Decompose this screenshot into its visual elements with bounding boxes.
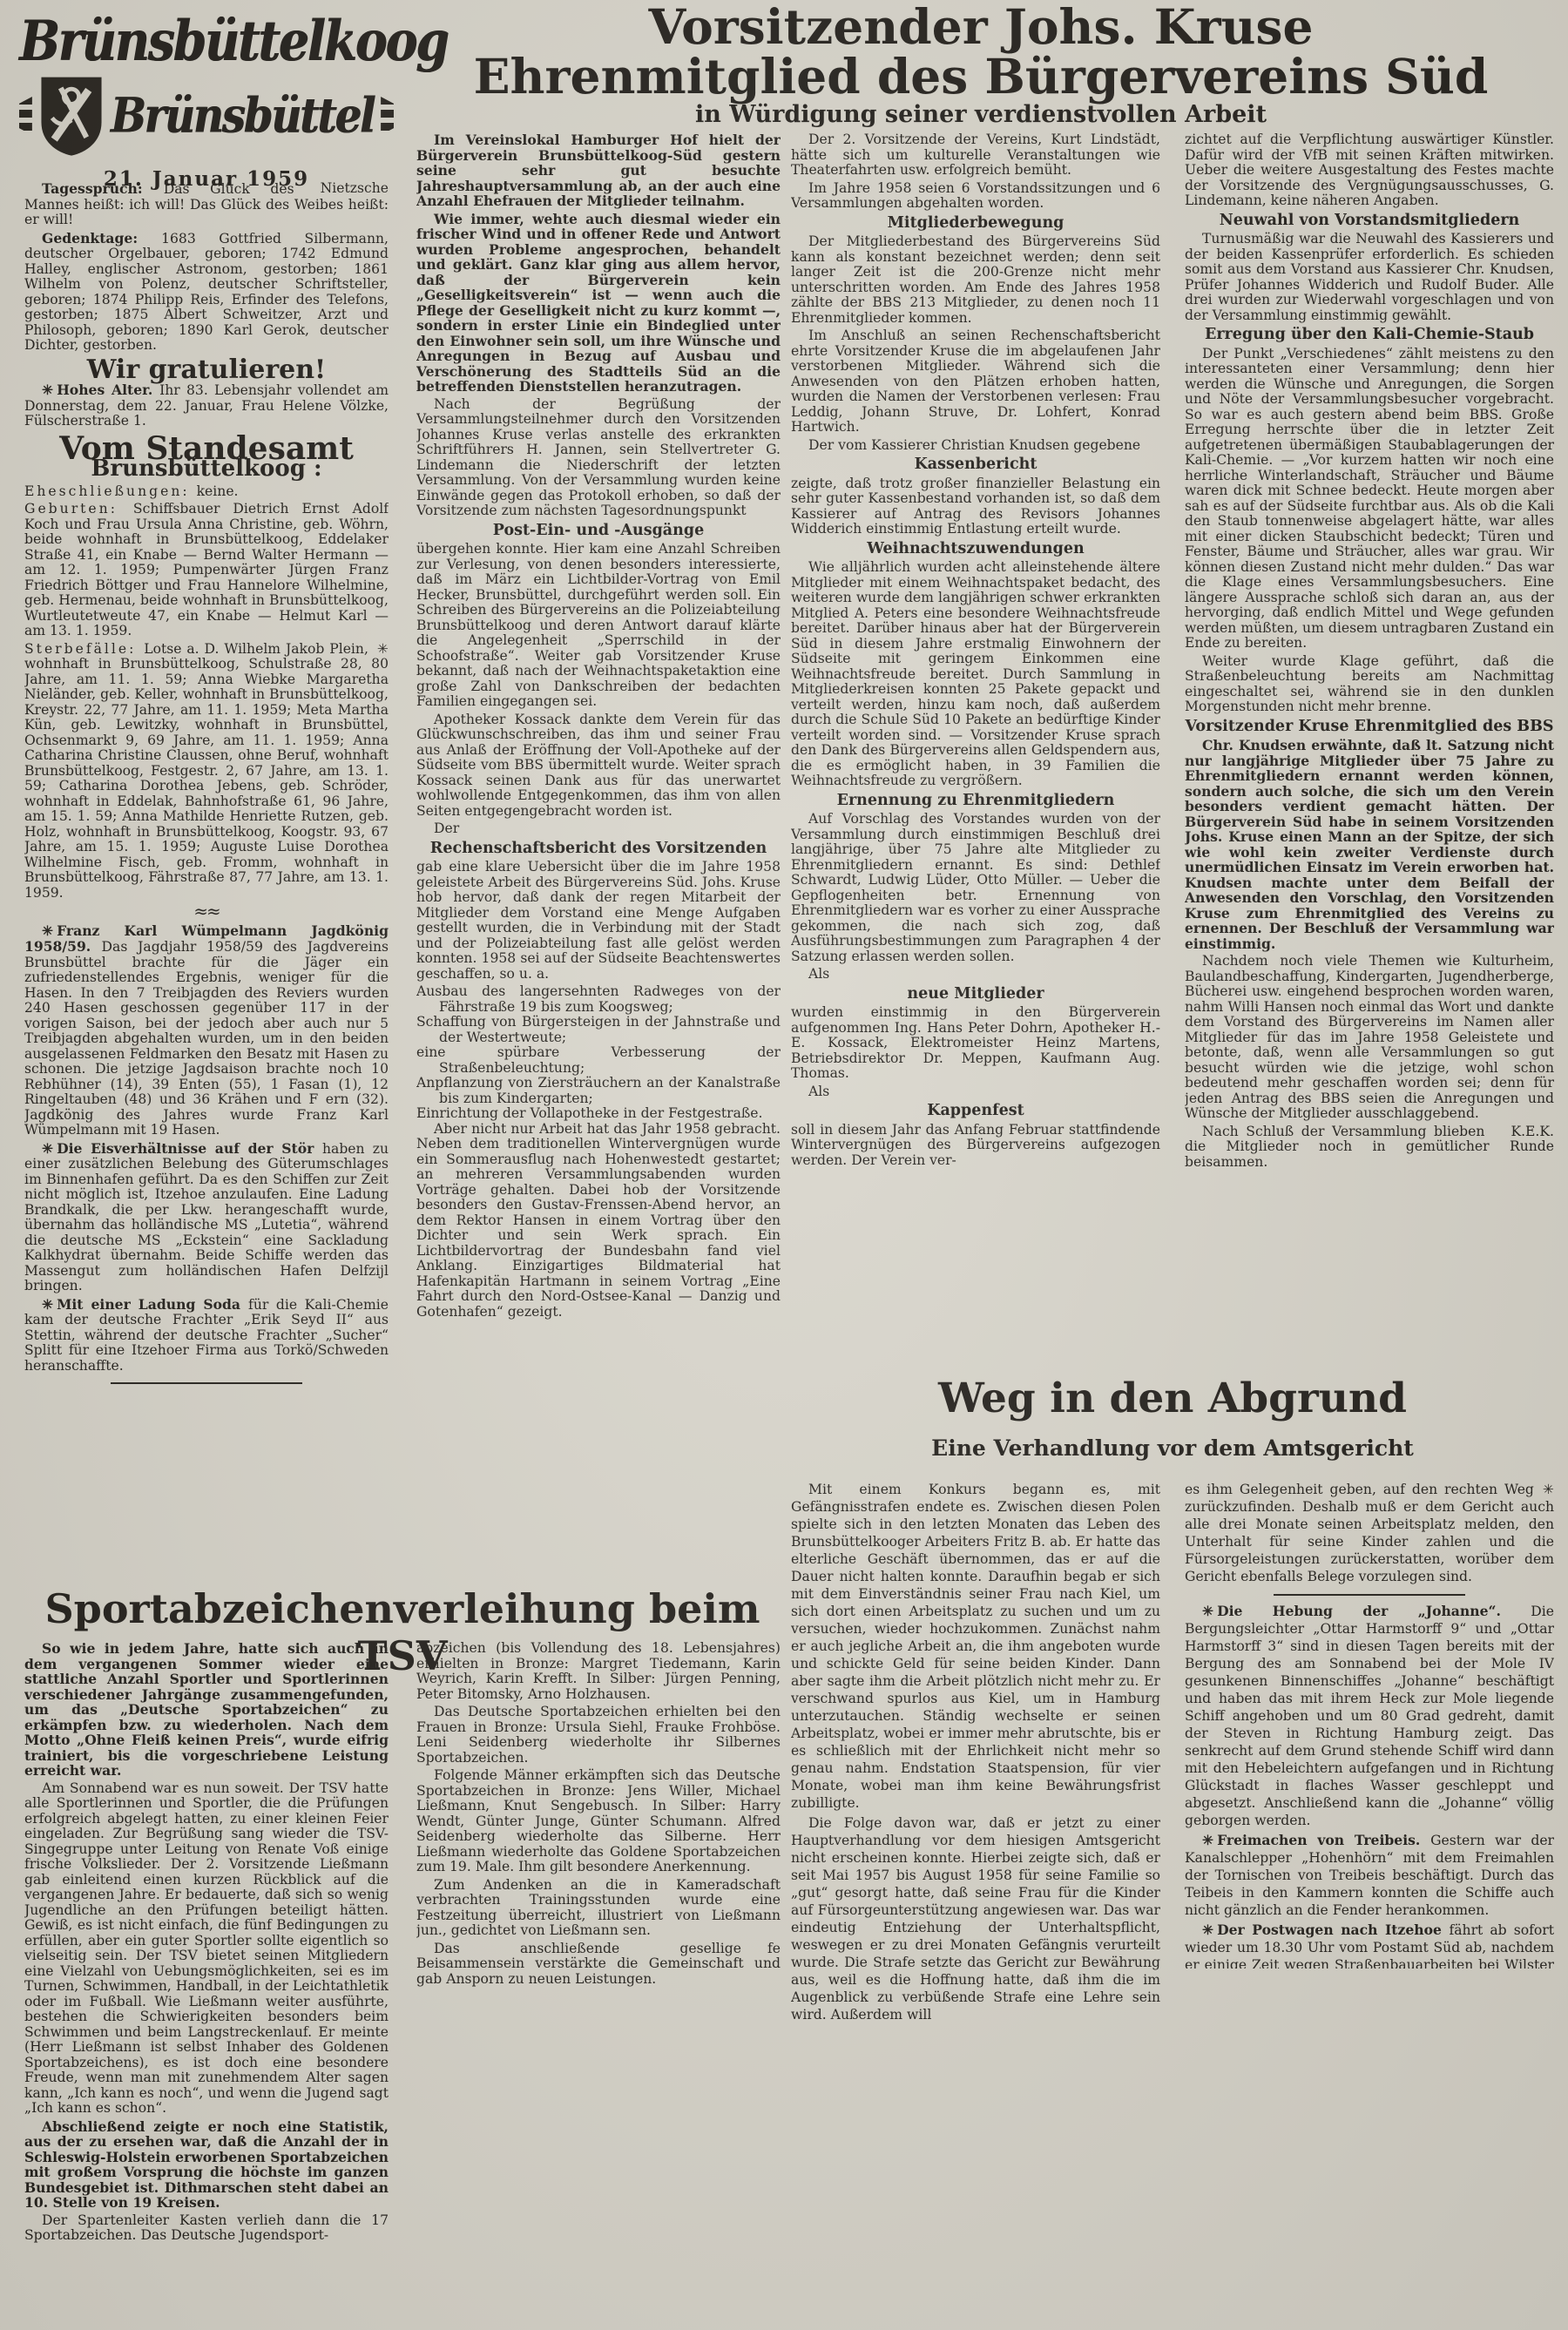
- masthead-row: Brünsbüttel: [19, 75, 394, 157]
- article-paragraph: übergehen konnte. Hier kam eine Anzahl S…: [416, 542, 781, 710]
- article-paragraph: Der Punkt „Verschiedenes“ zählt meistens…: [1185, 347, 1554, 652]
- column-subheading: Rechenschaftsbericht des Vorsitzenden: [416, 841, 781, 857]
- article-paragraph: ✳Die Eisverhältnisse auf der Stör haben …: [24, 1141, 389, 1294]
- main-headline: Vorsitzender Johs. Kruse Ehrenmitglied d…: [408, 2, 1554, 101]
- article-paragraph: Apotheker Kossack dankte dem Verein für …: [416, 713, 781, 820]
- article-paragraph: soll in diesem Jahr das Anfang Februar s…: [791, 1123, 1160, 1169]
- article-paragraph: Eheschließungen: keine.: [24, 484, 389, 500]
- paragraph-lead: Der Postwagen nach Itzehoe: [1217, 1921, 1449, 1938]
- article-paragraph: NietzscheTagesspruch: Das Glück des Mann…: [24, 181, 389, 228]
- coat-of-arms-icon: [39, 75, 104, 157]
- article-paragraph: Der 2. Vorsitzende der Vereins, Kurt Lin…: [791, 132, 1160, 179]
- article-paragraph: ✳Hohes Alter. Ihr 83. Lebensjahr vollend…: [24, 382, 389, 429]
- column-subheading: Ernennung zu Ehrenmitgliedern: [791, 794, 1160, 809]
- star-icon: ✳: [1202, 1921, 1213, 1938]
- paragraph-lead: Eheschließungen:: [24, 483, 197, 499]
- newspaper-page: Brünsbüttelkoog Brünsbüttel 21. Januar 1…: [0, 0, 1568, 2330]
- paragraph-tail: ✳: [1534, 1481, 1554, 1498]
- section-heading: Vom Standesamt: [24, 442, 389, 457]
- column-subheading: Neuwahl von Vorstandsmitgliedern: [1185, 213, 1554, 229]
- paragraph-lead: Freimachen von Treibeis.: [1217, 1832, 1430, 1848]
- article-paragraph: Schaffung von Bürgersteigen in der Jahns…: [416, 1015, 781, 1045]
- paragraph-lead: Sterbefälle:: [24, 641, 144, 657]
- article-paragraph: Auf Vorschlag des Vorstandes wurden von …: [791, 812, 1160, 964]
- article-paragraph: Als: [791, 1084, 1160, 1100]
- squiggle-divider: ≈≈: [24, 904, 389, 920]
- flourish-right-icon: [381, 97, 394, 135]
- paragraph-tail: Nietzsche: [294, 181, 389, 197]
- article-paragraph: zeigte, daß trotz großer finanzieller Be…: [791, 476, 1160, 537]
- column-2-main-article: Im Vereinslokal Hamburger Hof hielt der …: [416, 132, 781, 1578]
- column-3-main-article: Der 2. Vorsitzende der Vereins, Kurt Lin…: [791, 132, 1160, 1374]
- main-subheadline: in Würdigung seiner verdienstvollen Arbe…: [408, 101, 1554, 128]
- masthead-title-line2: Brünsbüttel: [111, 88, 374, 144]
- column-subheading: Post-Ein- und -Ausgänge: [416, 523, 781, 539]
- tsv-article-column-1: So wie in jedem Jahre, hatte sich auch i…: [24, 1641, 389, 2330]
- article-paragraph: Zum Andenken an die in Kameradschaft ver…: [416, 1878, 781, 1939]
- article-paragraph: Am Sonnabend war es nun soweit. Der TSV …: [24, 1781, 389, 2117]
- star-icon: ✳: [1202, 1603, 1213, 1619]
- article-paragraph: ✳Der Postwagen nach Itzehoe fährt ab sof…: [1185, 1921, 1554, 1969]
- paragraph-lead: Geburten:: [24, 501, 133, 517]
- article-paragraph: Im Vereinslokal Hamburger Hof hielt der …: [416, 132, 781, 209]
- article-paragraph: Gedenktage: 1683 Gottfried Silbermann, d…: [24, 231, 389, 354]
- article-paragraph: Chr. Knudsen erwähnte, daß lt. Satzung n…: [1185, 738, 1554, 951]
- article-paragraph: Im Jahre 1958 seien 6 Vorstandssitzungen…: [791, 181, 1160, 212]
- star-icon: ✳: [1202, 1832, 1213, 1848]
- article-paragraph: ✳Sterbefälle: Lotse a. D. Wilhelm Jakob …: [24, 642, 389, 902]
- paragraph-tail: ✳: [368, 642, 389, 658]
- masthead-title-line1: Brünsbüttelkoog: [19, 8, 394, 73]
- article-paragraph: So wie in jedem Jahre, hatte sich auch i…: [24, 1641, 389, 1779]
- flourish-left-icon: [19, 97, 32, 135]
- article-paragraph: Nach der Begrüßung der Versammlungsteiln…: [416, 397, 781, 519]
- article-paragraph: wurden einstimmig in den Bürgerverein au…: [791, 1005, 1160, 1082]
- article-paragraph: Der vom Kassierer Christian Knudsen gege…: [791, 438, 1160, 454]
- article-paragraph: Ausbau des langersehnten Radweges von de…: [416, 984, 781, 1015]
- column-subheading: Weihnachtszuwendungen: [791, 542, 1160, 557]
- article-paragraph: Der: [416, 821, 781, 837]
- article-paragraph: ✳Freimachen von Treibeis. Gestern war de…: [1185, 1832, 1554, 1919]
- article-paragraph: gab eine klare Uebersicht über die im Ja…: [416, 860, 781, 982]
- column-subheading: Mitgliederbewegung: [791, 216, 1160, 232]
- article-paragraph: Einrichtung der Vollapotheke in der Fest…: [416, 1106, 781, 1122]
- paragraph-lead: Hohes Alter.: [57, 382, 159, 398]
- article-paragraph: Folgende Männer erkämpften sich das Deut…: [416, 1768, 781, 1875]
- article-paragraph: Aber nicht nur Arbeit hat das Jahr 1958 …: [416, 1122, 781, 1320]
- article-paragraph: K.E.K.Nach Schluß der Versammlung bliebe…: [1185, 1124, 1554, 1171]
- article-paragraph: Geburten: Schiffsbauer Dietrich Ernst Ad…: [24, 502, 389, 639]
- paragraph-tail: fe: [741, 1942, 781, 1957]
- court-article-subheadline: Eine Verhandlung vor dem Amtsgericht: [791, 1435, 1554, 1461]
- article-paragraph: eine spürbare Verbesserung der Straßenbe…: [416, 1045, 781, 1076]
- court-article-headline: Weg in den Abgrund: [791, 1374, 1554, 1422]
- star-icon: ✳: [42, 1296, 53, 1313]
- article-paragraph: Anpflanzung von Ziersträuchern an der Ka…: [416, 1076, 781, 1106]
- article-paragraph: Das Deutsche Sportabzeichen erhielten be…: [416, 1705, 781, 1766]
- divider-rule: [111, 1382, 302, 1384]
- article-paragraph: Als: [791, 967, 1160, 983]
- tsv-article-column-2: abzeichen (bis Vollendung des 18. Lebens…: [416, 1641, 781, 2330]
- article-paragraph: Nachdem noch viele Themen wie Kulturheim…: [1185, 954, 1554, 1122]
- star-icon: ✳: [42, 382, 53, 398]
- article-paragraph: Die Folge davon war, daß er jetzt zu ein…: [791, 1814, 1160, 2023]
- paragraph-lead: Tagesspruch:: [42, 181, 164, 197]
- article-paragraph: Wie immer, wehte auch diesmal wieder ein…: [416, 212, 781, 395]
- article-paragraph: Mit einem Konkurs begann es, mit Gefängn…: [791, 1481, 1160, 1812]
- paragraph-lead: Die Eisverhältnisse auf der Stör: [57, 1140, 322, 1157]
- column-subheading: Vorsitzender Kruse Ehrenmitglied des BBS: [1185, 719, 1554, 735]
- article-paragraph: Turnusmäßig war die Neuwahl des Kassiere…: [1185, 232, 1554, 323]
- divider-rule: [1274, 1594, 1465, 1596]
- article-paragraph: Der Mitgliederbestand des Bürgervereins …: [791, 234, 1160, 326]
- article-paragraph: Im Anschluß an seinen Rechenschaftsberic…: [791, 328, 1160, 436]
- paragraph-lead: Mit einer Ladung Soda: [57, 1296, 248, 1313]
- article-paragraph: Wie alljährlich wurden acht alleinstehen…: [791, 560, 1160, 789]
- article-paragraph: Weiter wurde Klage geführt, daß die Stra…: [1185, 654, 1554, 715]
- column-1-local-news: NietzscheTagesspruch: Das Glück des Mann…: [24, 181, 389, 1566]
- paragraph-tail: K.E.K.: [1484, 1124, 1554, 1140]
- column-subheading: Kassenbericht: [791, 457, 1160, 473]
- article-paragraph: ✳Die Hebung der „Johanne“. Die Bergungsl…: [1185, 1603, 1554, 1829]
- column-subheading: Erregung über den Kali-Chemie-Staub: [1185, 328, 1554, 343]
- main-headline-line1: Vorsitzender Johs. Kruse: [408, 2, 1554, 51]
- court-article-column-2: ✳es ihm Gelegenheit geben, auf den recht…: [1185, 1481, 1554, 1969]
- star-icon: ✳: [42, 922, 53, 939]
- article-paragraph: Der Spartenleiter Kasten verlieh dann di…: [24, 2213, 389, 2244]
- article-paragraph: ✳Mit einer Ladung Soda für die Kali-Chem…: [24, 1297, 389, 1374]
- article-paragraph: Abschließend zeigte er noch eine Statist…: [24, 2119, 389, 2211]
- article-paragraph: feDas anschließende gesellige Beisammens…: [416, 1942, 781, 1988]
- article-paragraph: ✳Franz Karl Wümpelmann Jagdkönig 1958/59…: [24, 923, 389, 1138]
- court-article-column-1: Mit einem Konkurs begann es, mit Gefängn…: [791, 1481, 1160, 2038]
- article-paragraph: abzeichen (bis Vollendung des 18. Lebens…: [416, 1641, 781, 1702]
- article-paragraph: ✳es ihm Gelegenheit geben, auf den recht…: [1185, 1481, 1554, 1585]
- star-icon: ✳: [42, 1140, 53, 1157]
- main-headline-line2: Ehrenmitglied des Bürgervereins Süd: [408, 51, 1554, 101]
- column-4-main-article: zichtet auf die Verpflichtung auswärtige…: [1185, 132, 1554, 1374]
- column-subheading: neue Mitglieder: [791, 987, 1160, 1003]
- article-paragraph: zichtet auf die Verpflichtung auswärtige…: [1185, 132, 1554, 209]
- paragraph-lead: Die Hebung der „Johanne“.: [1217, 1603, 1531, 1619]
- paragraph-lead: Gedenktage:: [42, 230, 161, 247]
- paragraph-lead: Franz Karl Wümpelmann Jagdkönig 1958/59.: [24, 922, 389, 956]
- column-subheading: Kappenfest: [791, 1104, 1160, 1119]
- section-heading: Wir gratulieren!: [24, 362, 389, 378]
